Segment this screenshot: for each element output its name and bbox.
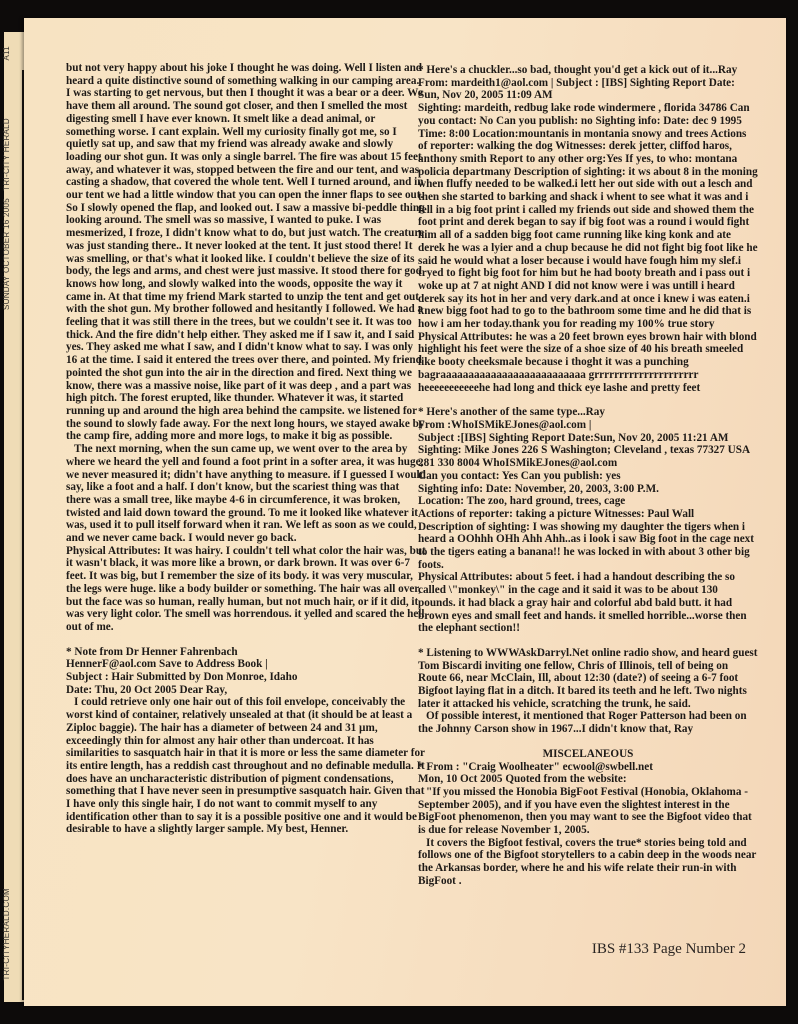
report-1-attributes: Physical Attributes: he was a 20 feet br…	[418, 331, 758, 395]
misc-date: Mon, 10 Oct 2005 Quoted from the website…	[418, 773, 758, 786]
misc-heading: MISCELANEOUS	[418, 748, 758, 761]
note-body: I could retrieve only one hair out of th…	[66, 696, 426, 836]
story-paragraph: but not very happy about his joke I thou…	[66, 62, 426, 443]
margin-newspaper-name: TRI-CITY HERALD	[2, 118, 20, 191]
report-2-info: Sighting info: Date: November, 20, 2003,…	[418, 483, 758, 496]
margin-page-label: A11	[2, 46, 20, 61]
report-2-attributes: Physical Attributes: about 5 feet. i had…	[418, 571, 758, 635]
misc-quote: "If you missed the Honobia BigFoot Festi…	[418, 786, 758, 837]
radio-item: * Listening to WWWAskDarryl.Net online r…	[418, 647, 758, 711]
page-number: IBS #133 Page Number 2	[592, 941, 746, 958]
note-subject: Subject : Hair Submitted by Don Monroe, …	[66, 671, 426, 684]
radio-followup: Of possible interest, it mentioned that …	[418, 710, 758, 735]
report-2-contact: Can you contact: Yes Can you publish: ye…	[418, 470, 758, 483]
left-column: but not very happy about his joke I thou…	[66, 62, 426, 836]
report-2-intro: * Here's another of the same type...Ray	[418, 406, 758, 419]
report-1-body: Sighting: mardeith, redbug lake rode win…	[418, 102, 758, 331]
story-paragraph: The next morning, when the sun came up, …	[66, 443, 426, 545]
report-2-actions: Actions of reporter: taking a picture Wi…	[418, 508, 758, 521]
note-title: * Note from Dr Henner Fahrenbach	[66, 646, 426, 659]
note-email: HennerF@aol.com Save to Address Book |	[66, 658, 426, 671]
report-2-location: Location: The zoo, hard ground, trees, c…	[418, 495, 758, 508]
margin-website: TRI-CITYHERALD.COM	[2, 888, 20, 981]
report-1-header: * Here's a chuckler...so bad, thought yo…	[418, 64, 758, 102]
report-2-description: Description of sighting: I was showing m…	[418, 521, 758, 572]
margin-date: SUNDAY OCTOBER 16 2005	[2, 198, 20, 310]
report-2-subject: Subject :[IBS] Sighting Report Date:Sun,…	[418, 432, 758, 470]
note-date: Date: Thu, 20 Oct 2005 Dear Ray,	[66, 684, 426, 697]
story-physical-attributes: Physical Attributes: It was hairy. I cou…	[66, 545, 426, 634]
misc-from: * From : "Craig Woolheater" ecwool@swbel…	[418, 761, 758, 774]
newsletter-page: but not very happy about his joke I thou…	[24, 18, 786, 1006]
right-column: * Here's a chuckler...so bad, thought yo…	[418, 64, 758, 888]
report-2-from: From :WhoISMikEJones@aol.com |	[418, 419, 758, 432]
misc-quote-continued: It covers the Bigfoot festival, covers t…	[418, 837, 758, 888]
